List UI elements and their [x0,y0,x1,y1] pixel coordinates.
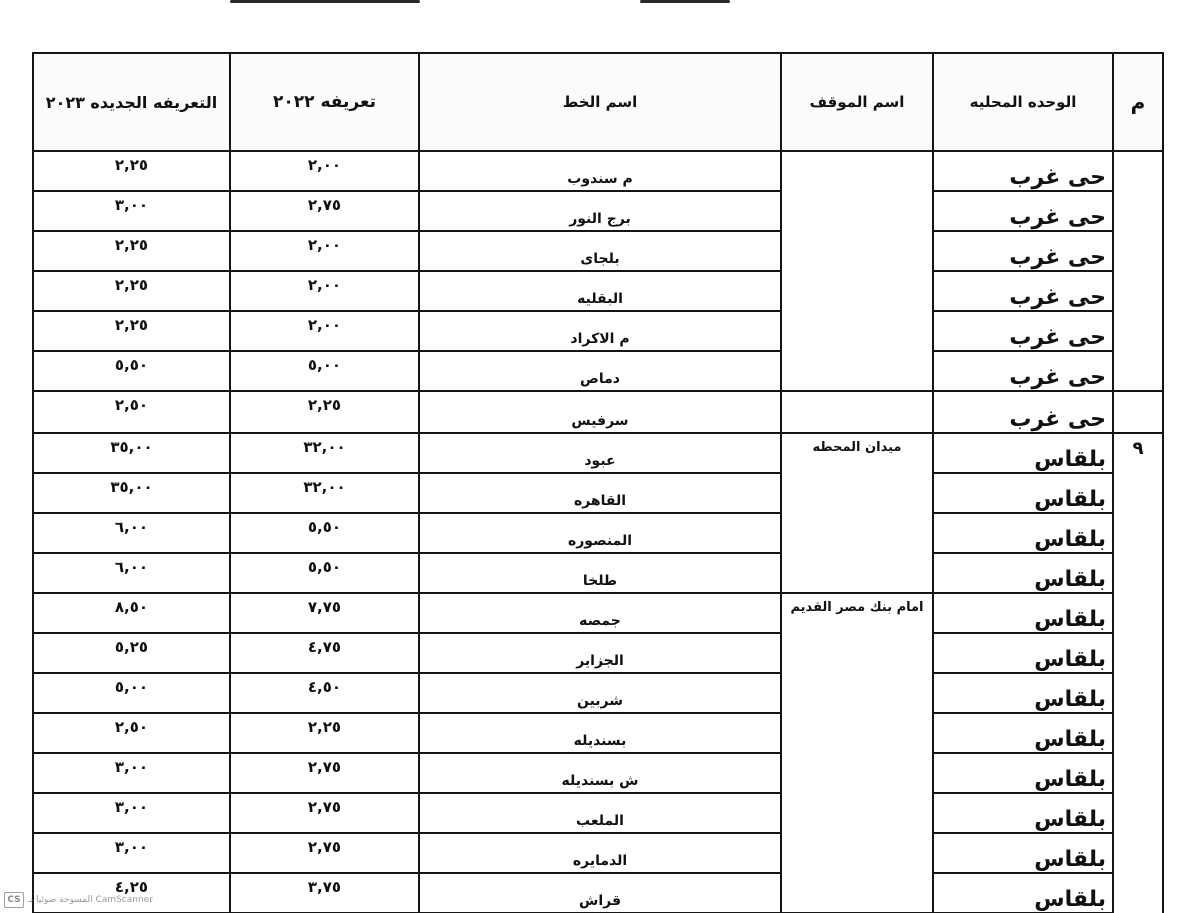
fare-2023-cell: ٥,٥٠ [33,351,230,391]
local-unit-cell: بلقاس [933,833,1113,873]
local-unit-cell: حى غرب [933,311,1113,351]
fare-2023-cell: ٢,٥٠ [33,391,230,433]
local-unit-cell: حى غرب [933,391,1113,433]
header-fare-2023: التعريفه الجديده ٢٠٢٣ [33,53,230,151]
local-unit-cell: بلقاس [933,753,1113,793]
row-index [1113,391,1163,433]
table-body: حى غربم سندوب٢,٠٠٢,٢٥حى غرببرج النور٢,٧٥… [33,151,1163,913]
local-unit-cell: بلقاس [933,713,1113,753]
table-header-row: م الوحده المحليه اسم الموقف اسم الخط تعر… [33,53,1163,151]
fare-2022-cell: ٣٢,٠٠ [230,473,419,513]
fare-2022-cell: ٢,٧٥ [230,753,419,793]
fare-2022-cell: ٢,٢٥ [230,713,419,753]
fare-2023-cell: ٥,٠٠ [33,673,230,713]
camscanner-watermark: CS المسوحة ضوئيا بـ CamScanner [4,892,153,908]
table-row: بلقاسشربين٤,٥٠٥,٠٠ [33,673,1163,713]
table-row: بلقاسبسنديله٢,٢٥٢,٥٠ [33,713,1163,753]
fare-2023-cell: ٢,٢٥ [33,271,230,311]
fare-2023-cell: ٢,٢٥ [33,311,230,351]
line-name-cell: الدمايره [419,833,781,873]
stop-name-cell [781,391,933,433]
table-row: حى غربسرفيس٢,٢٥٢,٥٠ [33,391,1163,433]
line-name-cell: القاهره [419,473,781,513]
fare-2022-cell: ٢,٠٠ [230,271,419,311]
line-name-cell: برج النور [419,191,781,231]
fare-2023-cell: ٦,٠٠ [33,513,230,553]
line-name-cell: عبود [419,433,781,473]
table-row: بلقاسامام بنك مصر القديمجمصه٧,٧٥٨,٥٠ [33,593,1163,633]
fare-2023-cell: ٣٥,٠٠ [33,433,230,473]
header-fare-2022: تعريفه ٢٠٢٢ [230,53,419,151]
page-edge-mark-left [230,0,420,3]
line-name-cell: المنصوره [419,513,781,553]
fare-2022-cell: ٢,٢٥ [230,391,419,433]
local-unit-cell: بلقاس [933,633,1113,673]
table-row: بلقاسقراش٣,٧٥٤,٢٥ [33,873,1163,913]
table-row: حى غرببرج النور٢,٧٥٣,٠٠ [33,191,1163,231]
line-name-cell: دماص [419,351,781,391]
fare-2022-cell: ٥,٠٠ [230,351,419,391]
table-row: بلقاسالمنصوره٥,٥٠٦,٠٠ [33,513,1163,553]
table-row: بلقاسالدمايره٢,٧٥٣,٠٠ [33,833,1163,873]
fare-2023-cell: ٣,٠٠ [33,753,230,793]
fare-2022-cell: ٢,٧٥ [230,793,419,833]
fare-2022-cell: ٣,٧٥ [230,873,419,913]
fare-2023-cell: ٣,٠٠ [33,793,230,833]
fare-2023-cell: ٢,٢٥ [33,231,230,271]
local-unit-cell: بلقاس [933,473,1113,513]
table-row: بلقاسالقاهره٣٢,٠٠٣٥,٠٠ [33,473,1163,513]
table-row: ٩بلقاسميدان المحطهعبود٣٢,٠٠٣٥,٠٠ [33,433,1163,473]
table-row: حى غربم الاكراد٢,٠٠٢,٢٥ [33,311,1163,351]
local-unit-cell: بلقاس [933,873,1113,913]
line-name-cell: بسنديله [419,713,781,753]
fare-2023-cell: ٥,٢٥ [33,633,230,673]
fare-2023-cell: ٢,٢٥ [33,151,230,191]
line-name-cell: سرفيس [419,391,781,433]
fare-2022-cell: ٢,٠٠ [230,151,419,191]
fare-2022-cell: ٧,٧٥ [230,593,419,633]
fare-2022-cell: ٥,٥٠ [230,553,419,593]
local-unit-cell: حى غرب [933,231,1113,271]
local-unit-cell: بلقاس [933,513,1113,553]
table-row: حى غربالبقليه٢,٠٠٢,٢٥ [33,271,1163,311]
local-unit-cell: حى غرب [933,151,1113,191]
fare-2022-cell: ٤,٧٥ [230,633,419,673]
fare-2023-cell: ٣,٠٠ [33,833,230,873]
stop-name-cell: امام بنك مصر القديم [781,593,933,913]
fare-2022-cell: ٢,٠٠ [230,311,419,351]
line-name-cell: شربين [419,673,781,713]
local-unit-cell: بلقاس [933,433,1113,473]
local-unit-cell: حى غرب [933,271,1113,311]
stop-name-cell: ميدان المحطه [781,433,933,593]
table-row: بلقاسطلخا٥,٥٠٦,٠٠ [33,553,1163,593]
local-unit-cell: حى غرب [933,351,1113,391]
fare-2022-cell: ٥,٥٠ [230,513,419,553]
fare-table: م الوحده المحليه اسم الموقف اسم الخط تعر… [32,52,1164,913]
camscanner-logo-icon: CS [4,892,24,908]
fare-2023-cell: ٨,٥٠ [33,593,230,633]
row-index: ٩ [1113,433,1163,913]
page-edge-mark-center [640,0,730,3]
row-index [1113,151,1163,391]
table-row: بلقاسش بسنديله٢,٧٥٣,٠٠ [33,753,1163,793]
table-row: حى غربم سندوب٢,٠٠٢,٢٥ [33,151,1163,191]
local-unit-cell: حى غرب [933,191,1113,231]
fare-2023-cell: ٦,٠٠ [33,553,230,593]
fare-2022-cell: ٣٢,٠٠ [230,433,419,473]
line-name-cell: م سندوب [419,151,781,191]
line-name-cell: جمصه [419,593,781,633]
table-row: بلقاسالملعب٢,٧٥٣,٠٠ [33,793,1163,833]
line-name-cell: م الاكراد [419,311,781,351]
fare-2023-cell: ٢,٥٠ [33,713,230,753]
line-name-cell: ش بسنديله [419,753,781,793]
fare-2022-cell: ٢,٧٥ [230,833,419,873]
header-line-name: اسم الخط [419,53,781,151]
line-name-cell: الملعب [419,793,781,833]
line-name-cell: البقليه [419,271,781,311]
line-name-cell: بلجاى [419,231,781,271]
fare-2022-cell: ٢,٧٥ [230,191,419,231]
watermark-text: المسوحة ضوئيا بـ CamScanner [28,895,153,905]
fare-2022-cell: ٢,٠٠ [230,231,419,271]
fare-2022-cell: ٤,٥٠ [230,673,419,713]
local-unit-cell: بلقاس [933,593,1113,633]
local-unit-cell: بلقاس [933,553,1113,593]
line-name-cell: قراش [419,873,781,913]
local-unit-cell: بلقاس [933,673,1113,713]
header-stop-name: اسم الموقف [781,53,933,151]
line-name-cell: الجزاير [419,633,781,673]
header-index: م [1113,53,1163,151]
table-row: حى غربدماص٥,٠٠٥,٥٠ [33,351,1163,391]
fare-2023-cell: ٣٥,٠٠ [33,473,230,513]
fare-2023-cell: ٣,٠٠ [33,191,230,231]
local-unit-cell: بلقاس [933,793,1113,833]
table-row: بلقاسالجزاير٤,٧٥٥,٢٥ [33,633,1163,673]
stop-name-cell [781,151,933,391]
table-row: حى غرببلجاى٢,٠٠٢,٢٥ [33,231,1163,271]
header-local-unit: الوحده المحليه [933,53,1113,151]
line-name-cell: طلخا [419,553,781,593]
